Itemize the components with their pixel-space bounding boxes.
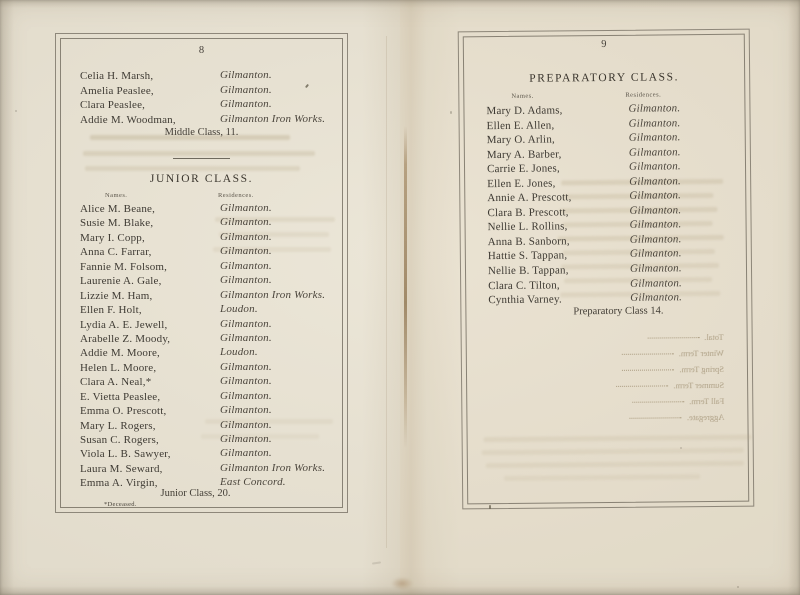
student-residence: Loudon.: [220, 345, 258, 359]
student-name: Nellie B. Tappan,: [488, 264, 569, 277]
dust-speck: [450, 111, 452, 114]
ghost-line: Aggregate.: [556, 409, 724, 427]
student-name: Addie M. Moore,: [80, 347, 160, 359]
student-residence: Gilmanton.: [220, 244, 272, 258]
student-name: Anna C. Farrar,: [80, 246, 152, 258]
table-row: Nellie B. Tappan, Gilmanton.: [488, 262, 572, 277]
table-row: Hattie S. Tappan, Gilmanton.: [488, 248, 572, 263]
student-residence: Gilmanton.: [629, 203, 681, 218]
page-number: 9: [458, 38, 750, 52]
table-row: Cynthia Varney. Gilmanton.: [488, 291, 572, 306]
student-residence: Gilmanton.: [220, 331, 272, 345]
student-name: Mary D. Adams,: [486, 104, 562, 117]
table-row: Clara A. Neal,* Gilmanton.: [80, 374, 171, 388]
student-name: Ellen E. Jones,: [487, 177, 556, 190]
table-row: Arabelle Z. Moody, Gilmanton.: [80, 331, 171, 345]
ghost-line: Spring Term.: [556, 361, 724, 379]
table-row: Viola L. B. Sawyer, Gilmanton.: [80, 446, 171, 460]
student-name: Laura M. Seward,: [80, 463, 163, 475]
student-name: Nellie L. Rollins,: [488, 221, 568, 234]
table-row: Mary O. Arlin, Gilmanton.: [487, 131, 571, 146]
student-name: Mary L. Rogers,: [80, 420, 156, 432]
table-row: Nellie L. Rollins, Gilmanton.: [488, 219, 572, 234]
column-header-names: Names.: [511, 93, 533, 100]
student-name: Lizzie M. Ham,: [80, 290, 152, 302]
student-residence: Gilmanton.: [630, 290, 682, 305]
student-residence: Gilmanton.: [220, 259, 272, 273]
table-row: Mary D. Adams, Gilmanton.: [486, 102, 570, 117]
student-name: Anna B. Sanborn,: [488, 235, 570, 248]
table-row: Laurenie A. Gale, Gilmanton.: [80, 273, 171, 287]
table-row: Annie A. Prescott, Gilmanton.: [487, 190, 571, 205]
student-residence: Gilmanton.: [220, 389, 272, 403]
table-row: Fannie M. Folsom, Gilmanton.: [80, 259, 171, 273]
student-name: Ellen E. Allen,: [487, 119, 555, 132]
table-row: Ellen E. Allen, Gilmanton.: [487, 117, 571, 132]
table-row: Anna C. Farrar, Gilmanton.: [80, 244, 171, 258]
table-row: Mary A. Barber, Gilmanton.: [487, 146, 571, 161]
student-residence: Gilmanton.: [220, 68, 272, 83]
student-residence: Gilmanton.: [220, 97, 272, 112]
student-residence: Gilmanton.: [220, 317, 272, 331]
preparatory-class-heading: PREPARATORY CLASS.: [458, 71, 750, 86]
student-residence: Gilmanton.: [220, 446, 272, 460]
student-name: Susan C. Rogers,: [80, 434, 159, 446]
ghost-smudge: [484, 435, 752, 443]
student-residence: Gilmanton.: [220, 83, 272, 98]
student-name: Clara B. Prescott,: [487, 206, 568, 219]
table-row: Clara Peaslee, Gilmanton.: [80, 97, 176, 112]
dust-speck: [737, 586, 739, 588]
junior-class-count: Junior Class, 20.: [49, 488, 342, 499]
student-name: Celia H. Marsh,: [80, 70, 153, 82]
student-residence: Gilmanton.: [629, 145, 681, 160]
preparatory-class-count: Preparatory Class 14.: [472, 304, 764, 318]
table-row: Mary I. Copp, Gilmanton.: [80, 230, 171, 244]
student-name: Ellen F. Holt,: [80, 304, 142, 316]
student-residence: Gilmanton.: [220, 418, 272, 432]
table-row: Alice M. Beane, Gilmanton.: [80, 201, 171, 215]
student-name: Fannie M. Folsom,: [80, 261, 167, 273]
table-row: Amelia Peaslee, Gilmanton.: [80, 83, 176, 98]
ghost-line: Summer Term.: [556, 377, 724, 395]
student-residence: Gilmanton.: [220, 432, 272, 446]
right-page: Total. Winter Term. Spring Term. Summer …: [458, 29, 755, 510]
table-row: Clara B. Prescott, Gilmanton.: [487, 204, 571, 219]
table-row: Clara C. Tilton, Gilmanton.: [488, 277, 572, 292]
ghost-line: Fall Term.: [556, 393, 724, 411]
ghost-smudge: [504, 474, 700, 481]
student-name: Laurenie A. Gale,: [80, 275, 162, 287]
student-name: Clara C. Tilton,: [488, 279, 560, 292]
ghost-smudge: [83, 151, 315, 156]
student-name: Annie A. Prescott,: [487, 192, 571, 205]
student-name: Cynthia Varney.: [488, 294, 562, 307]
table-row: Carrie E. Jones, Gilmanton.: [487, 161, 571, 176]
student-residence: Gilmanton.: [630, 276, 682, 291]
student-residence: Gilmanton.: [629, 174, 681, 189]
student-residence: Gilmanton.: [629, 159, 681, 174]
student-name: E. Vietta Peaslee,: [80, 391, 160, 403]
student-residence: Gilmanton.: [220, 273, 272, 287]
student-name: Amelia Peaslee,: [80, 85, 154, 97]
junior-class-heading: JUNIOR CLASS.: [55, 173, 348, 185]
student-name: Clara A. Neal,*: [80, 376, 151, 388]
student-name: Addie M. Woodman,: [80, 114, 176, 126]
student-name: Mary A. Barber,: [487, 148, 562, 161]
ghost-bleedthrough-text: Total. Winter Term. Spring Term. Summer …: [556, 329, 725, 427]
table-row: Emma O. Prescott, Gilmanton.: [80, 403, 171, 417]
table-row: E. Vietta Peaslee, Gilmanton.: [80, 389, 171, 403]
student-name: Susie M. Blake,: [80, 217, 153, 229]
junior-class-roster: Alice M. Beane, Gilmanton. Susie M. Blak…: [80, 201, 171, 490]
student-name: Mary O. Arlin,: [487, 134, 555, 147]
table-row: Addie M. Moore, Loudon.: [80, 345, 171, 359]
ghost-smudge: [486, 461, 744, 468]
student-residence: Gilmanton Iron Works.: [220, 461, 325, 475]
table-row: Susie M. Blake, Gilmanton.: [80, 215, 171, 229]
table-row: Mary L. Rogers, Gilmanton.: [80, 418, 171, 432]
table-row: Ellen F. Holt, Loudon.: [80, 302, 171, 316]
dust-speck: [489, 505, 491, 509]
student-name: Carrie E. Jones,: [487, 163, 560, 176]
table-row: Susan C. Rogers, Gilmanton.: [80, 432, 171, 446]
student-residence: Gilmanton Iron Works.: [220, 288, 325, 302]
student-residence: Gilmanton.: [220, 201, 272, 215]
ghost-line: Winter Term.: [556, 345, 724, 363]
student-name: Helen L. Moore,: [80, 362, 156, 374]
student-name: Alice M. Beane,: [80, 203, 155, 215]
student-residence: Gilmanton.: [220, 215, 272, 229]
page-fold-edge: [386, 36, 387, 548]
column-header-residences: Residences.: [625, 91, 661, 98]
dust-speck: [680, 447, 682, 449]
left-page: 8 Celia H. Marsh, Gilmanton. Amelia Peas…: [55, 33, 348, 513]
section-divider-rule: [173, 158, 230, 159]
student-residence: Gilmanton.: [220, 230, 272, 244]
student-residence: Gilmanton.: [630, 247, 682, 262]
student-residence: Gilmanton.: [629, 130, 681, 145]
student-residence: Gilmanton.: [629, 189, 681, 204]
ghost-line: Total.: [556, 329, 724, 347]
student-residence: Loudon.: [220, 302, 258, 316]
table-row: Lydia A. E. Jewell, Gilmanton.: [80, 317, 171, 331]
column-header-residences: Residences.: [218, 192, 254, 199]
scan-edge-left: [0, 0, 14, 595]
dust-speck: [15, 110, 17, 112]
middle-class-roster: Celia H. Marsh, Gilmanton. Amelia Peasle…: [80, 68, 176, 126]
table-row: Laura M. Seward, Gilmanton Iron Works.: [80, 461, 171, 475]
student-name: Clara Peaslee,: [80, 99, 145, 111]
student-residence: Gilmanton.: [630, 218, 682, 233]
student-name: Lydia A. E. Jewell,: [80, 319, 168, 331]
table-row: Lizzie M. Ham, Gilmanton Iron Works.: [80, 288, 171, 302]
table-row: Helen L. Moore, Gilmanton.: [80, 360, 171, 374]
preparatory-class-roster: Mary D. Adams, Gilmanton. Ellen E. Allen…: [486, 102, 572, 306]
middle-class-count: Middle Class, 11.: [55, 127, 348, 138]
student-name: Arabelle Z. Moody,: [80, 333, 170, 345]
table-row: Celia H. Marsh, Gilmanton.: [80, 68, 176, 83]
column-header-names: Names.: [105, 192, 127, 199]
student-name: Mary I. Copp,: [80, 232, 145, 244]
page-number: 8: [55, 45, 348, 56]
student-name: Emma O. Prescott,: [80, 405, 167, 417]
student-name: Viola L. B. Sawyer,: [80, 448, 171, 460]
ghost-smudge: [482, 448, 744, 456]
student-residence: Gilmanton.: [630, 232, 682, 247]
table-row: Ellen E. Jones, Gilmanton.: [487, 175, 571, 190]
student-name: Hattie S. Tappan,: [488, 250, 568, 263]
student-residence: Gilmanton.: [629, 116, 681, 131]
student-residence: Gilmanton.: [220, 374, 272, 388]
book-scan: 8 Celia H. Marsh, Gilmanton. Amelia Peas…: [0, 0, 800, 595]
table-row: Anna B. Sanborn, Gilmanton.: [488, 233, 572, 248]
deceased-footnote: *Deceased.: [104, 501, 137, 508]
student-residence: Gilmanton.: [220, 403, 272, 417]
student-residence: Gilmanton.: [630, 261, 682, 276]
table-row: Addie M. Woodman, Gilmanton Iron Works.: [80, 112, 176, 127]
student-residence: Gilmanton Iron Works.: [220, 112, 325, 127]
student-residence: Gilmanton.: [628, 101, 680, 116]
student-residence: Gilmanton.: [220, 360, 272, 374]
ghost-smudge: [85, 166, 300, 171]
